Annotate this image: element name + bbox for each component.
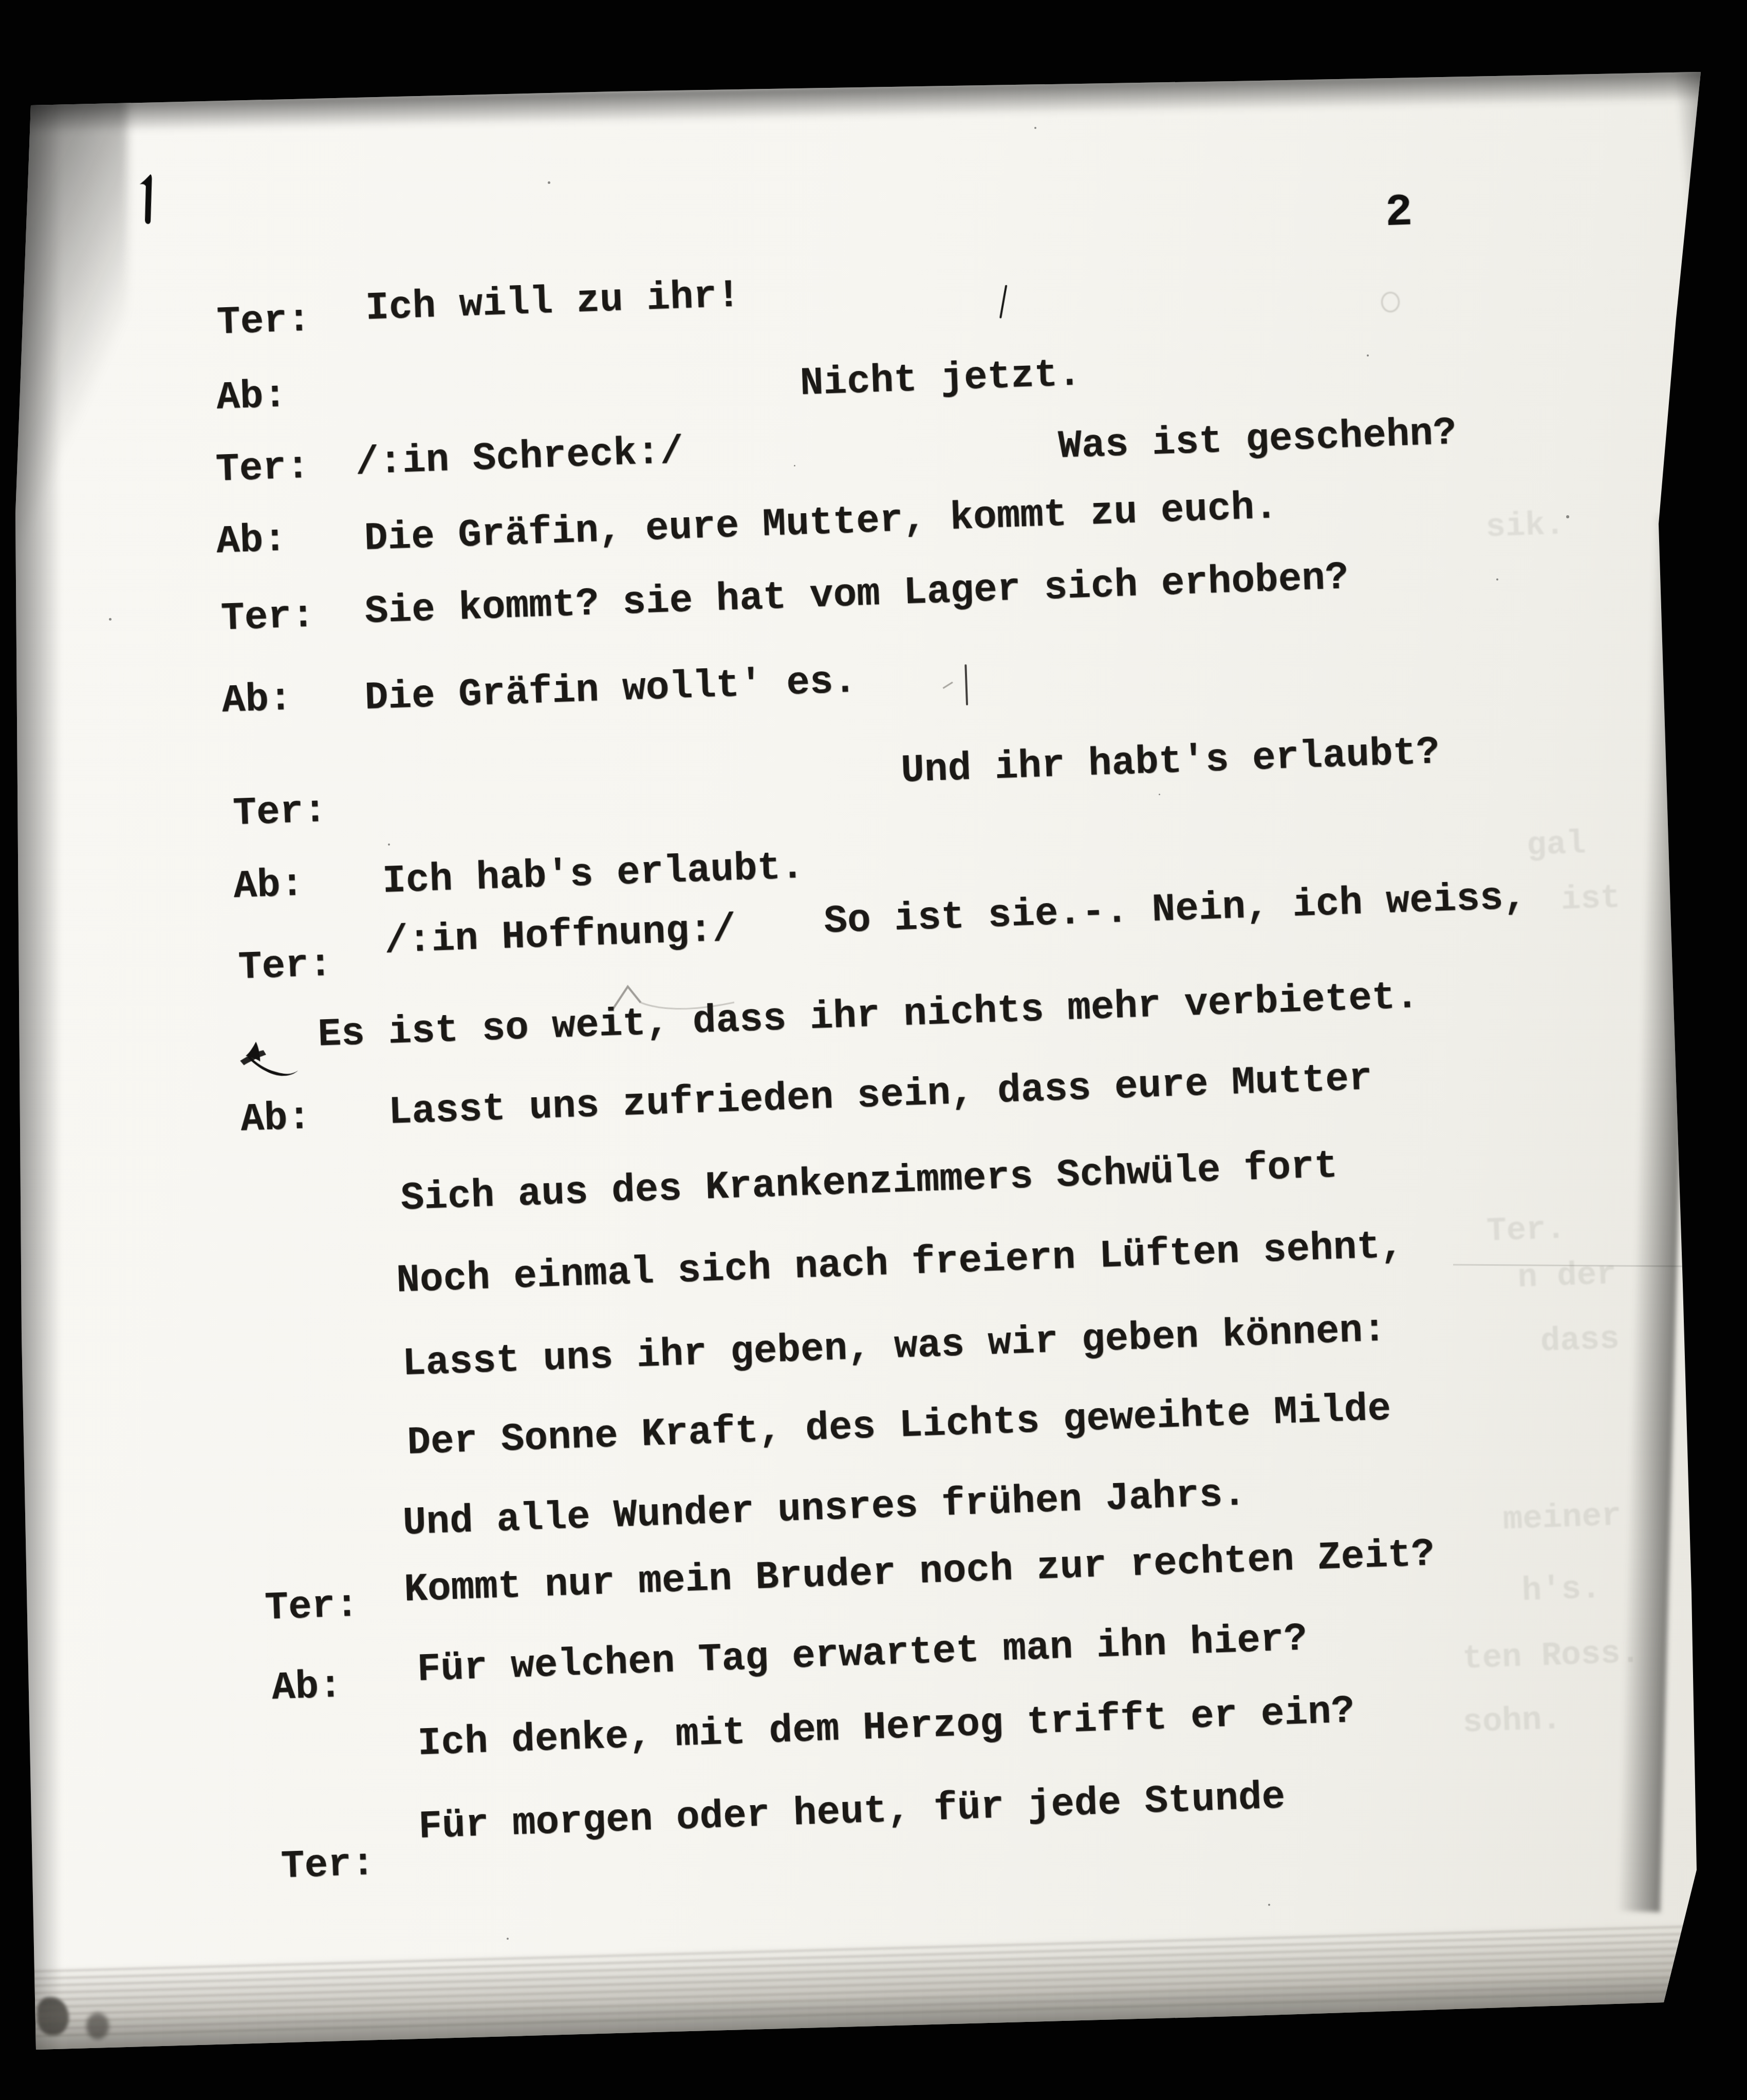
speaker-label: Ter: [281, 1842, 376, 1890]
speaker-label: Ab: [216, 517, 288, 565]
dialogue-text: Es ist so weit, dass ihr nichts mehr ver… [317, 974, 1419, 1058]
dialogue-text: So ist sie.-. Nein, ich weiss, [823, 875, 1527, 944]
dialogue-text: Sich aus des Krankenzimmers Schwüle fort [400, 1144, 1338, 1222]
typescript-layer: 2 sik.galistTer.n derdassmeinerh's.t [0, 0, 1747, 2099]
dialogue-text: /:in Hoffnung:/ [384, 907, 737, 964]
speaker-label: Ab: [233, 862, 305, 909]
ghost-text: n der [1517, 1257, 1616, 1297]
dialogue-text: Die Gräfin, eure Mutter, kommt zu euch. [364, 485, 1279, 561]
ghost-text: ist [1560, 880, 1621, 919]
dialogue-text: Und ihr habt's erlaubt? [900, 730, 1440, 794]
speaker-label: Ter: [264, 1583, 359, 1632]
dialogue-text: Ich will zu ihr! [365, 273, 741, 331]
ghost-text: h's. [1521, 1570, 1602, 1610]
dialogue-text: Was ist geschehn? [1057, 411, 1457, 470]
dialogue-text: Noch einmal sich nach freiern Lüften seh… [396, 1224, 1404, 1304]
dialogue-text: Lasst uns ihr geben, was wir geben könne… [402, 1307, 1387, 1386]
dialogue-text: Ich hab's erlaubt. [382, 845, 805, 904]
pen-bar-mark [964, 664, 968, 705]
speaker-label: Ab: [271, 1664, 343, 1711]
speaker-label: Ter: [238, 943, 333, 991]
ghost-text: dass [1540, 1321, 1620, 1361]
ghost-text: sik. [1485, 507, 1565, 546]
page-number: 2 [1384, 187, 1413, 239]
dialogue-text: Lasst uns zufrieden sein, dass eure Mutt… [388, 1056, 1373, 1135]
speaker-label: Ter: [216, 297, 311, 346]
speaker-label: Ab: [240, 1095, 312, 1142]
speaker-label: Ab: [216, 373, 288, 421]
edge-shade-left [11, 92, 78, 2055]
pen-slash-mark [999, 285, 1007, 318]
dialogue-text: Kommt nur mein Bruder noch zur rechten Z… [403, 1532, 1436, 1613]
dialogue-text: Für welchen Tag erwartet man ihn hier? [416, 1617, 1308, 1693]
ghost-text: Ter. [1486, 1211, 1566, 1250]
proof-arrow-mark [233, 1036, 304, 1090]
speaker-label: Ter: [232, 789, 327, 837]
scan-background: 2 sik.galistTer.n derdassmeinerh's.t [0, 0, 1747, 2100]
dialogue-text: /:in Schreck:/ [355, 429, 684, 486]
dialogue-text: Ich denke, mit dem Herzog trifft er ein? [417, 1689, 1355, 1767]
dialogue-text: Nicht jetzt. [800, 352, 1082, 406]
dialogue-text: Die Gräfin wollt' es. [364, 659, 857, 721]
ghost-text: sohn. [1462, 1701, 1562, 1742]
dialogue-text: Und alle Wunder unsres frühen Jahrs. [402, 1472, 1247, 1546]
ghost-text: meiner [1502, 1498, 1622, 1539]
ghost-text: gal [1526, 826, 1587, 865]
dialogue-text: Sie kommt? sie hat vom Lager sich erhobe… [364, 555, 1349, 634]
dialogue-text: Für morgen oder heut, für jede Stunde [418, 1775, 1286, 1850]
speaker-label: Ter: [215, 445, 310, 493]
handwritten-1-mark [129, 172, 163, 231]
speaker-label: Ab: [221, 677, 293, 724]
speaker-label: Ter: [220, 593, 315, 642]
dialogue-text: Der Sonne Kraft, des Lichts geweihte Mil… [406, 1386, 1391, 1466]
document-page: 2 sik.galistTer.n derdassmeinerh's.t [0, 0, 1747, 2100]
pen-tick-mark [943, 682, 953, 689]
